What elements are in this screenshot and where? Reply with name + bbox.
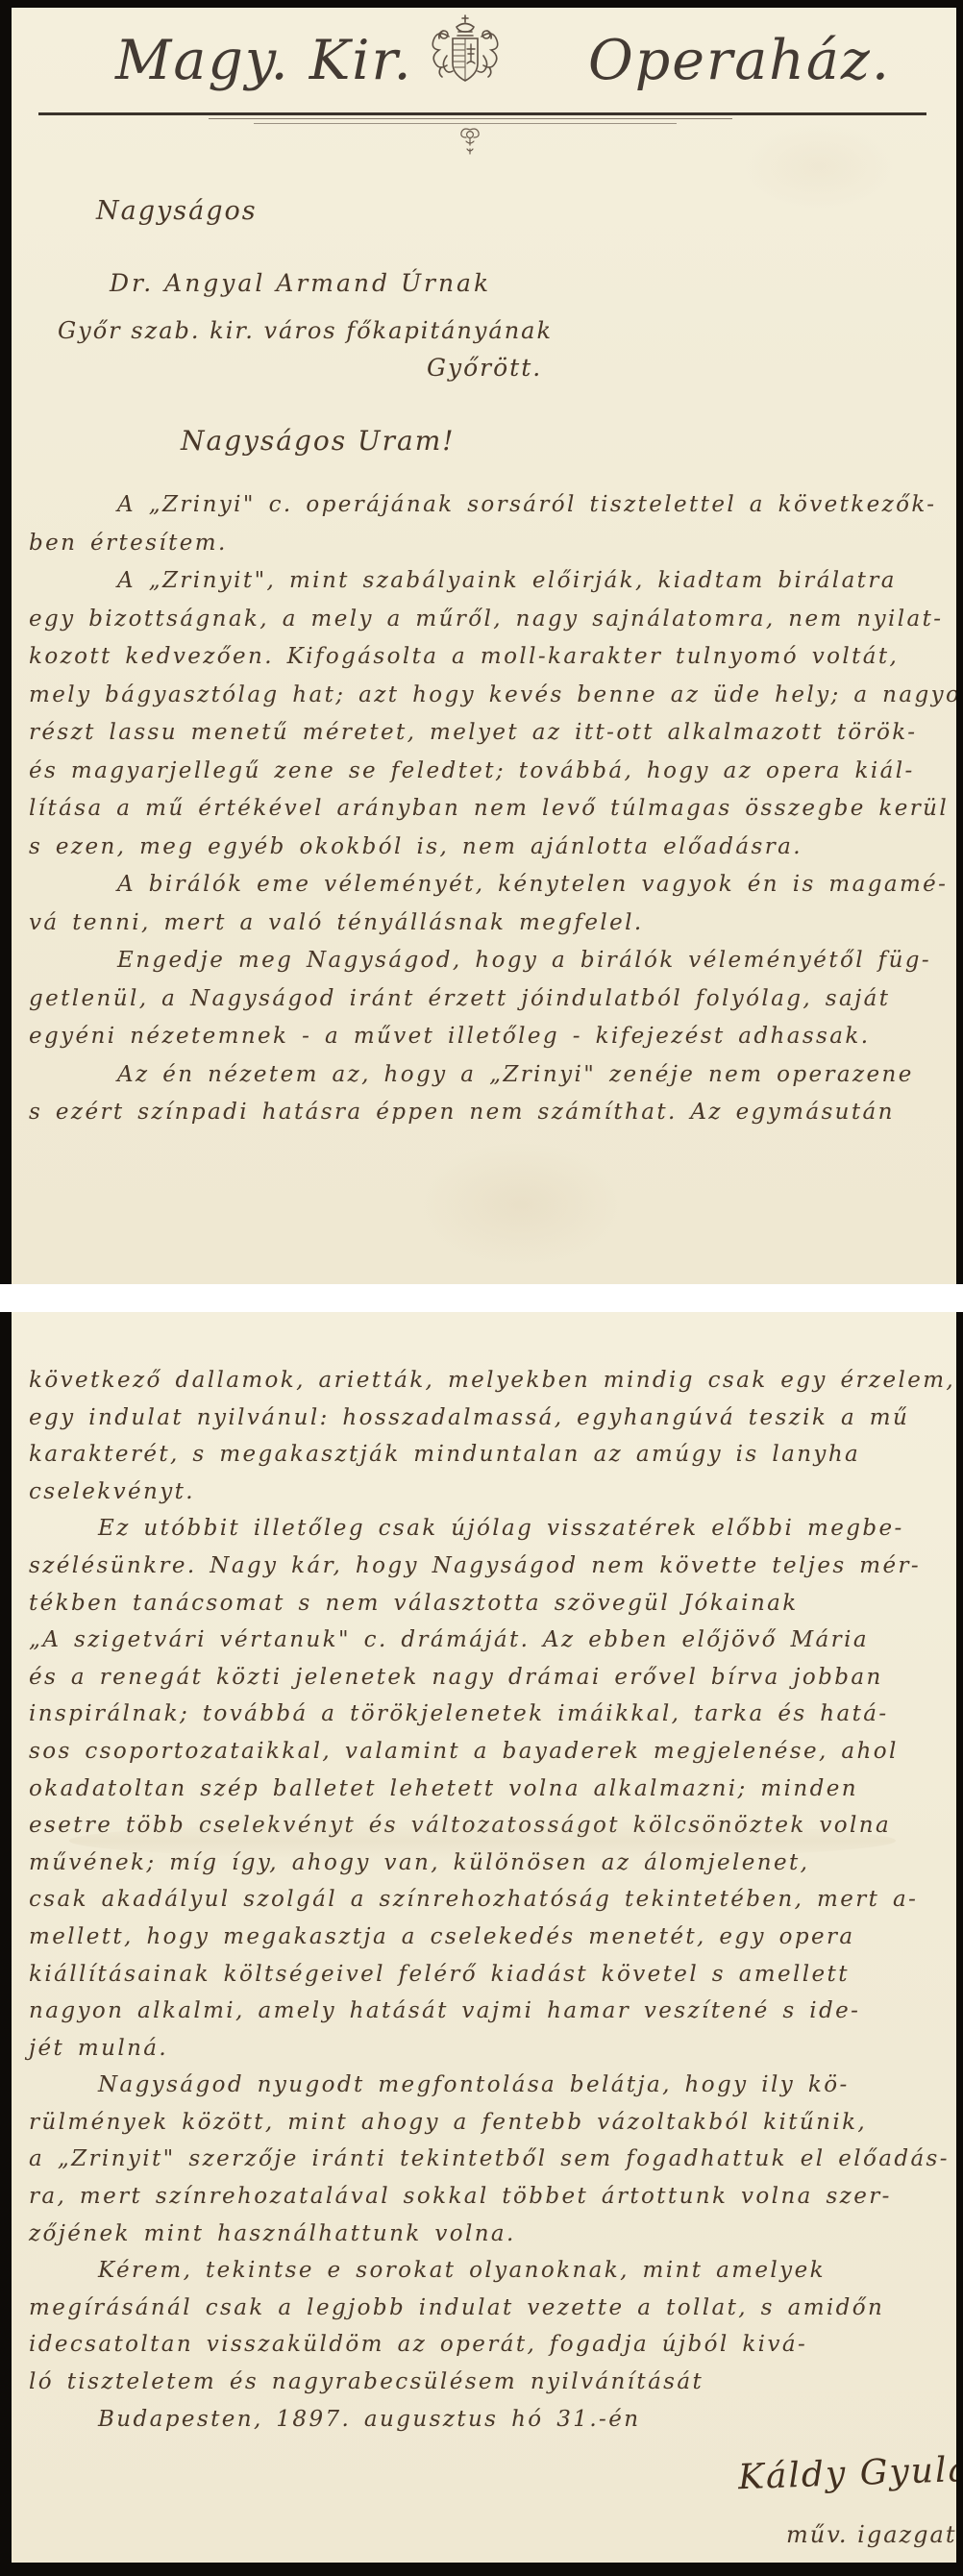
handwritten-line: művének; míg így, ahogy van, különösen a… <box>29 1845 956 1882</box>
handwritten-line: getlenül, a Nagyságod iránt érzett jóind… <box>29 980 956 1019</box>
handwritten-line: s ezen, meg egyéb okokból is, nem ajánlo… <box>29 829 956 867</box>
dateline: Budapesten, 1897. augusztus hó 31.-én <box>29 2401 956 2439</box>
page2-body: következő dallamok, arietták, melyekben … <box>29 1362 956 2438</box>
letter-scan: Magy. Kir. <box>0 0 963 2576</box>
recipient-honorific: Nagyságos <box>96 196 258 226</box>
handwritten-line: sos csoportozataikkal, valamint a bayade… <box>29 1733 956 1771</box>
handwritten-line: „A szigetvári vértanuk" c. drámáját. Az … <box>29 1622 956 1659</box>
paper-stain <box>415 1142 627 1267</box>
letter-page-1: Magy. Kir. <box>12 8 956 1284</box>
handwritten-line: szélésünkre. Nagy kár, hogy Nagyságod ne… <box>29 1548 956 1585</box>
handwritten-line: kiállításainak költségeivel felérő kiadá… <box>29 1956 956 1994</box>
letterhead-rule-tertiary <box>254 123 677 124</box>
handwritten-line: vá tenni, mert a való tényállásnak megfe… <box>29 904 956 943</box>
handwritten-line: nagyon alkalmi, amely hatását vajmi hama… <box>29 1993 956 2030</box>
handwritten-line: Az én nézetem az, hogy a „Zrinyi" zenéje… <box>29 1056 956 1095</box>
handwritten-line: és a renegát közti jelenetek nagy drámai… <box>29 1659 956 1697</box>
handwritten-line: egy indulat nyilvánul: hosszadalmassá, e… <box>29 1399 956 1437</box>
paper-stain <box>742 123 896 210</box>
letterhead-rule-main <box>38 112 926 115</box>
handwritten-line: A „Zrinyit", mint szabályaink előirják, … <box>29 562 956 601</box>
handwritten-line: okadatoltan szép balletet lehetett volna… <box>29 1771 956 1808</box>
recipient-title: Győr szab. kir. város főkapitányának <box>58 317 553 344</box>
handwritten-line: inspirálnak; továbbá a törökjelenetek im… <box>29 1696 956 1733</box>
salutation: Nagyságos Uram! <box>181 425 456 457</box>
fleuron-ornament-icon <box>454 127 486 156</box>
letterhead-rule-secondary <box>209 118 732 119</box>
handwritten-line: ra, mert színrehozatalával sokkal többet… <box>29 2178 956 2216</box>
handwritten-line: rülmények között, mint ahogy a fentebb v… <box>29 2104 956 2142</box>
handwritten-line: karakterét, s megakasztják minduntalan a… <box>29 1436 956 1474</box>
handwritten-line: lítása a mű értékével arányban nem levő … <box>29 790 956 829</box>
coat-of-arms-icon <box>414 13 516 108</box>
handwritten-line: mellett, hogy megakasztja a cselekedés m… <box>29 1919 956 1956</box>
handwritten-line: megírásánál csak a legjobb indulat vezet… <box>29 2290 956 2327</box>
handwritten-line: ló tiszteletem és nagyrabecsülésem nyilv… <box>29 2364 956 2401</box>
handwritten-line: esetre több cselekvényt és változatosság… <box>29 1807 956 1845</box>
recipient-city: Győrött. <box>427 354 542 382</box>
letterhead-right-text: Operaház. <box>588 29 891 92</box>
signature: Káldy Gyula <box>737 2450 956 2497</box>
letterhead-left-text: Magy. Kir. <box>115 29 413 92</box>
handwritten-line: egy bizottságnak, a mely a műről, nagy s… <box>29 601 956 639</box>
handwritten-line: s ezért színpadi hatásra éppen nem számí… <box>29 1094 956 1132</box>
handwritten-line: ben értesítem. <box>29 525 956 563</box>
handwritten-line: a „Zrinyit" szerzője iránti tekintetből … <box>29 2141 956 2178</box>
letter-page-2: következő dallamok, arietták, melyekben … <box>12 1312 956 2563</box>
handwritten-line: tékben tanácsomat s nem választotta szöv… <box>29 1585 956 1622</box>
handwritten-line: részt lassu menetű méretet, melyet az it… <box>29 714 956 753</box>
handwritten-line: cselekvényt. <box>29 1474 956 1511</box>
handwritten-line: következő dallamok, arietták, melyekben … <box>29 1362 956 1399</box>
handwritten-line: és magyarjellegű zene se feledtet; továb… <box>29 753 956 791</box>
handwritten-line: Engedje meg Nagyságod, hogy a birálók vé… <box>29 942 956 980</box>
recipient-name: Dr. Angyal Armand Úrnak <box>110 269 491 297</box>
handwritten-line: csak akadályul szolgál a színrehozhatósá… <box>29 1881 956 1919</box>
handwritten-line: Kérem, tekintse e sorokat olyanoknak, mi… <box>29 2252 956 2290</box>
handwritten-line: Nagyságod nyugodt megfontolása belátja, … <box>29 2067 956 2104</box>
handwritten-line: jét mulná. <box>29 2030 956 2068</box>
page-separator <box>0 1284 963 1312</box>
handwritten-line: zőjének mint használhattunk volna. <box>29 2216 956 2253</box>
signature-title: műv. igazgató. <box>786 2521 956 2548</box>
handwritten-line: A birálók eme véleményét, kénytelen vagy… <box>29 866 956 904</box>
handwritten-line: mely bágyasztólag hat; azt hogy kevés be… <box>29 677 956 715</box>
handwritten-line: egyéni nézetemnek - a művet illetőleg - … <box>29 1018 956 1056</box>
handwritten-line: Ez utóbbit illetőleg csak újólag visszat… <box>29 1510 956 1548</box>
page1-body: A „Zrinyi" c. operájának sorsáról tiszte… <box>29 486 956 1132</box>
handwritten-line: kozott kedvezően. Kifogásolta a moll-kar… <box>29 638 956 677</box>
handwritten-line: A „Zrinyi" c. operájának sorsáról tiszte… <box>29 486 956 525</box>
handwritten-line: idecsatoltan visszaküldöm az operát, fog… <box>29 2326 956 2364</box>
